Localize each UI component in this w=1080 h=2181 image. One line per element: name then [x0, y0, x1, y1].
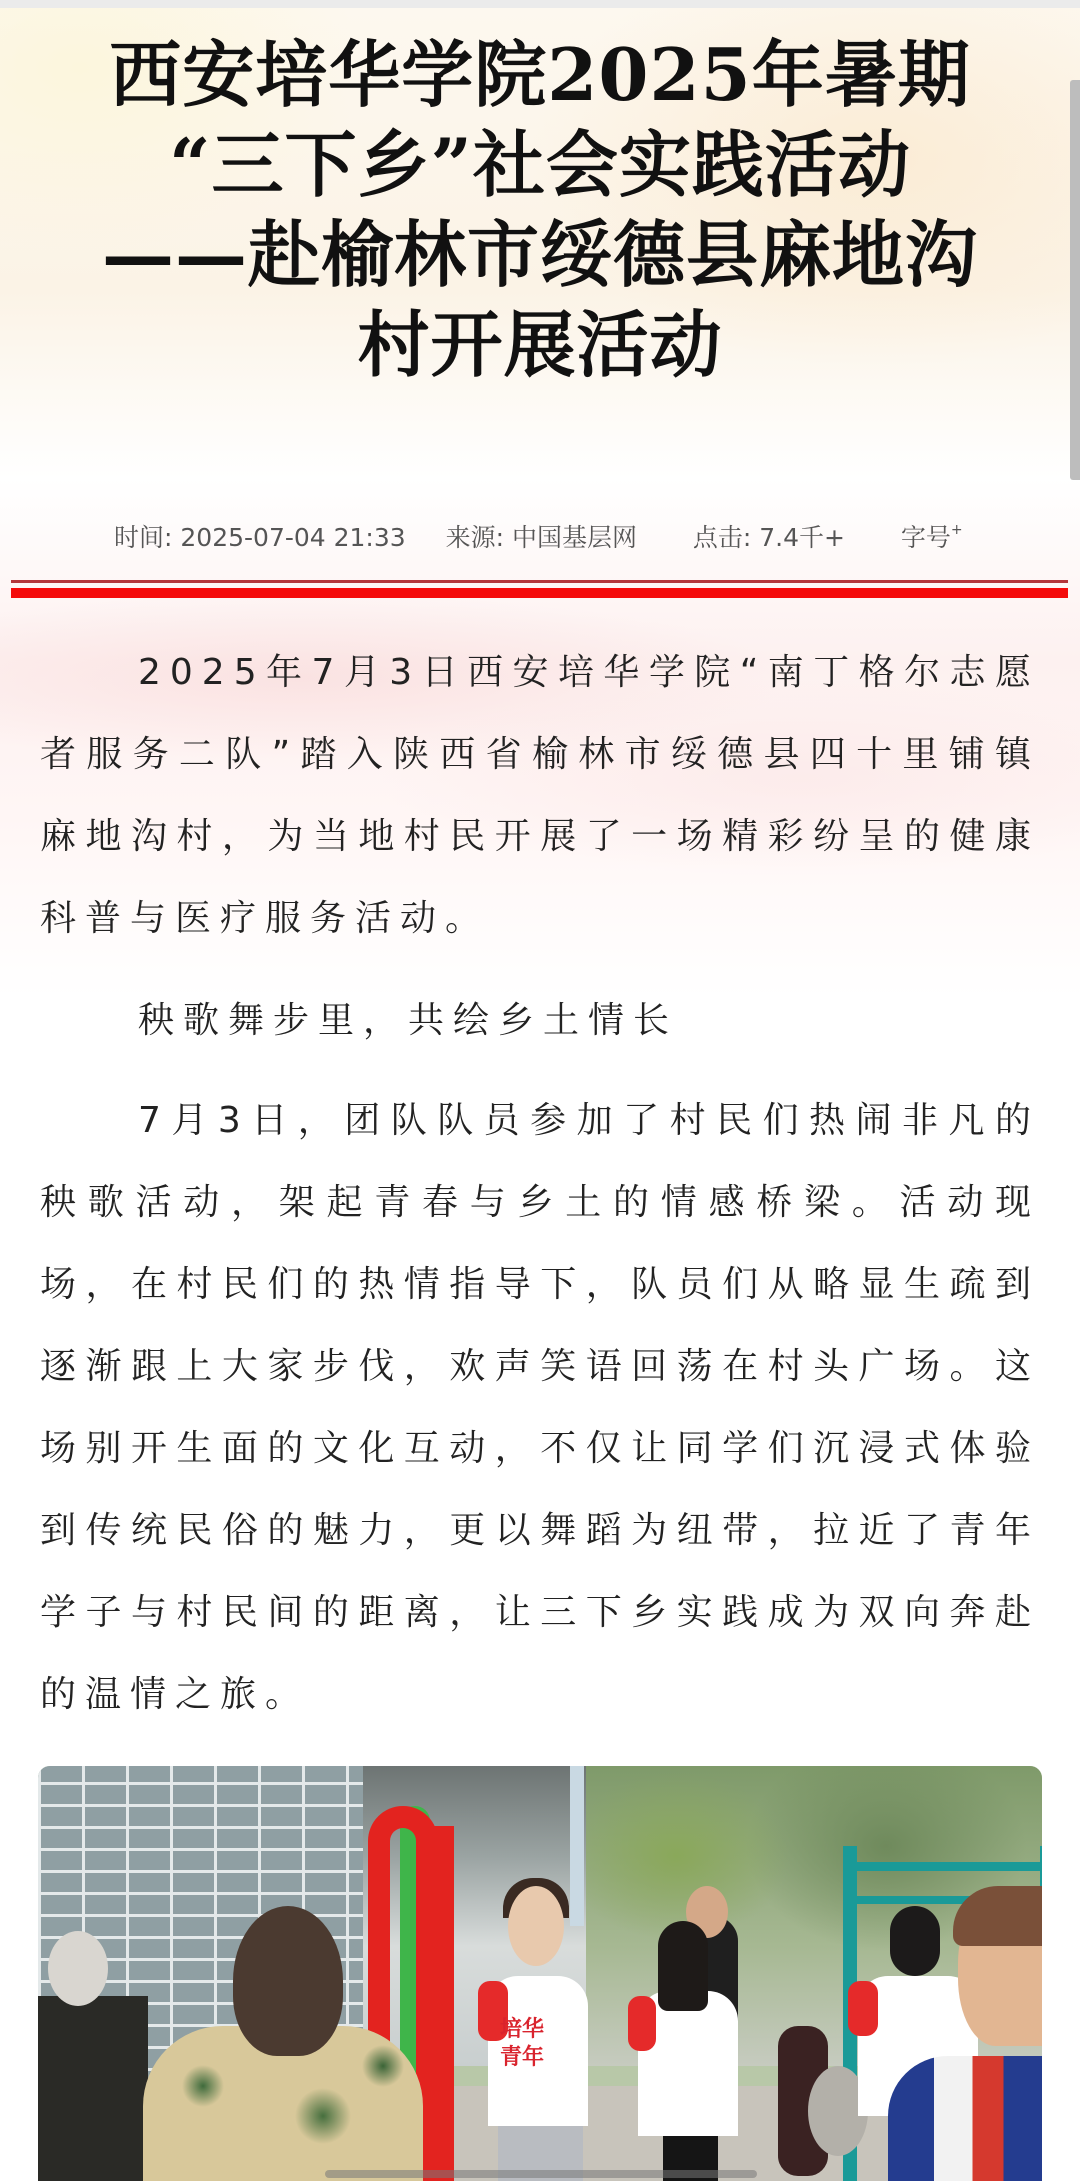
article-body: 2025年7月3日西安培华学院“南丁格尔志愿者服务二队”踏入陕西省榆林市绥德县四… — [40, 632, 1040, 1736]
plus-icon: + — [951, 522, 963, 538]
red-ribbon — [426, 1826, 454, 2181]
title-line-1: 西安培华学院2025年暑期 — [30, 30, 1050, 120]
source-value: 中国基层网 — [512, 518, 637, 558]
exercise-bar — [843, 1862, 1042, 1871]
shirt-logo-text: 培华青年 — [500, 2016, 560, 2076]
elderly-villager-head — [48, 1931, 108, 2006]
student-hair — [658, 1921, 708, 2011]
shirt-sleeve — [628, 1996, 656, 2051]
article-photo[interactable]: 培华青年 — [38, 1766, 1042, 2181]
title-line-4: 村开展活动 — [30, 300, 1050, 390]
paragraph-intro: 2025年7月3日西安培华学院“南丁格尔志愿者服务二队”踏入陕西省榆林市绥德县四… — [40, 632, 1040, 960]
home-indicator[interactable] — [325, 2170, 757, 2178]
article-meta: 时间: 2025-07-04 21:33 来源: 中国基层网 点击: 7.4千+… — [114, 510, 963, 558]
article-title: 西安培华学院2025年暑期 “三下乡”社会实践活动 ——赴榆林市绥德县麻地沟 村… — [30, 30, 1050, 390]
pole — [570, 1766, 584, 1926]
title-line-2: “三下乡”社会实践活动 — [30, 120, 1050, 210]
student-face — [508, 1886, 564, 1966]
font-size-label: 字号 — [901, 518, 951, 558]
time-value: 2025-07-04 21:33 — [180, 518, 405, 558]
title-line-3: ——赴榆林市绥德县麻地沟 — [30, 210, 1050, 300]
student-hair — [890, 1906, 940, 1976]
divider-thin — [11, 580, 1068, 583]
shirt-sleeve — [848, 1981, 878, 2036]
clicks-label: 点击: — [693, 518, 751, 558]
paragraph-yangge: 7月3日，团队队员参加了村民们热闹非凡的秧歌活动，架起青春与乡土的情感桥梁。活动… — [40, 1080, 1040, 1736]
font-size-button[interactable]: 字号+ — [901, 510, 963, 558]
divider-thick — [11, 588, 1068, 598]
page-scrollbar[interactable] — [1070, 80, 1080, 480]
top-status-strip — [0, 0, 1080, 8]
section-subheading: 秧歌舞步里，共绘乡土情长 — [40, 980, 1040, 1062]
villager-right-body — [888, 2056, 1042, 2181]
time-label: 时间: — [114, 518, 172, 558]
villager-hair — [233, 1906, 343, 2056]
elderly-villager — [38, 1996, 148, 2181]
clicks-value: 7.4千+ — [759, 518, 845, 558]
source-label: 来源: — [446, 518, 504, 558]
